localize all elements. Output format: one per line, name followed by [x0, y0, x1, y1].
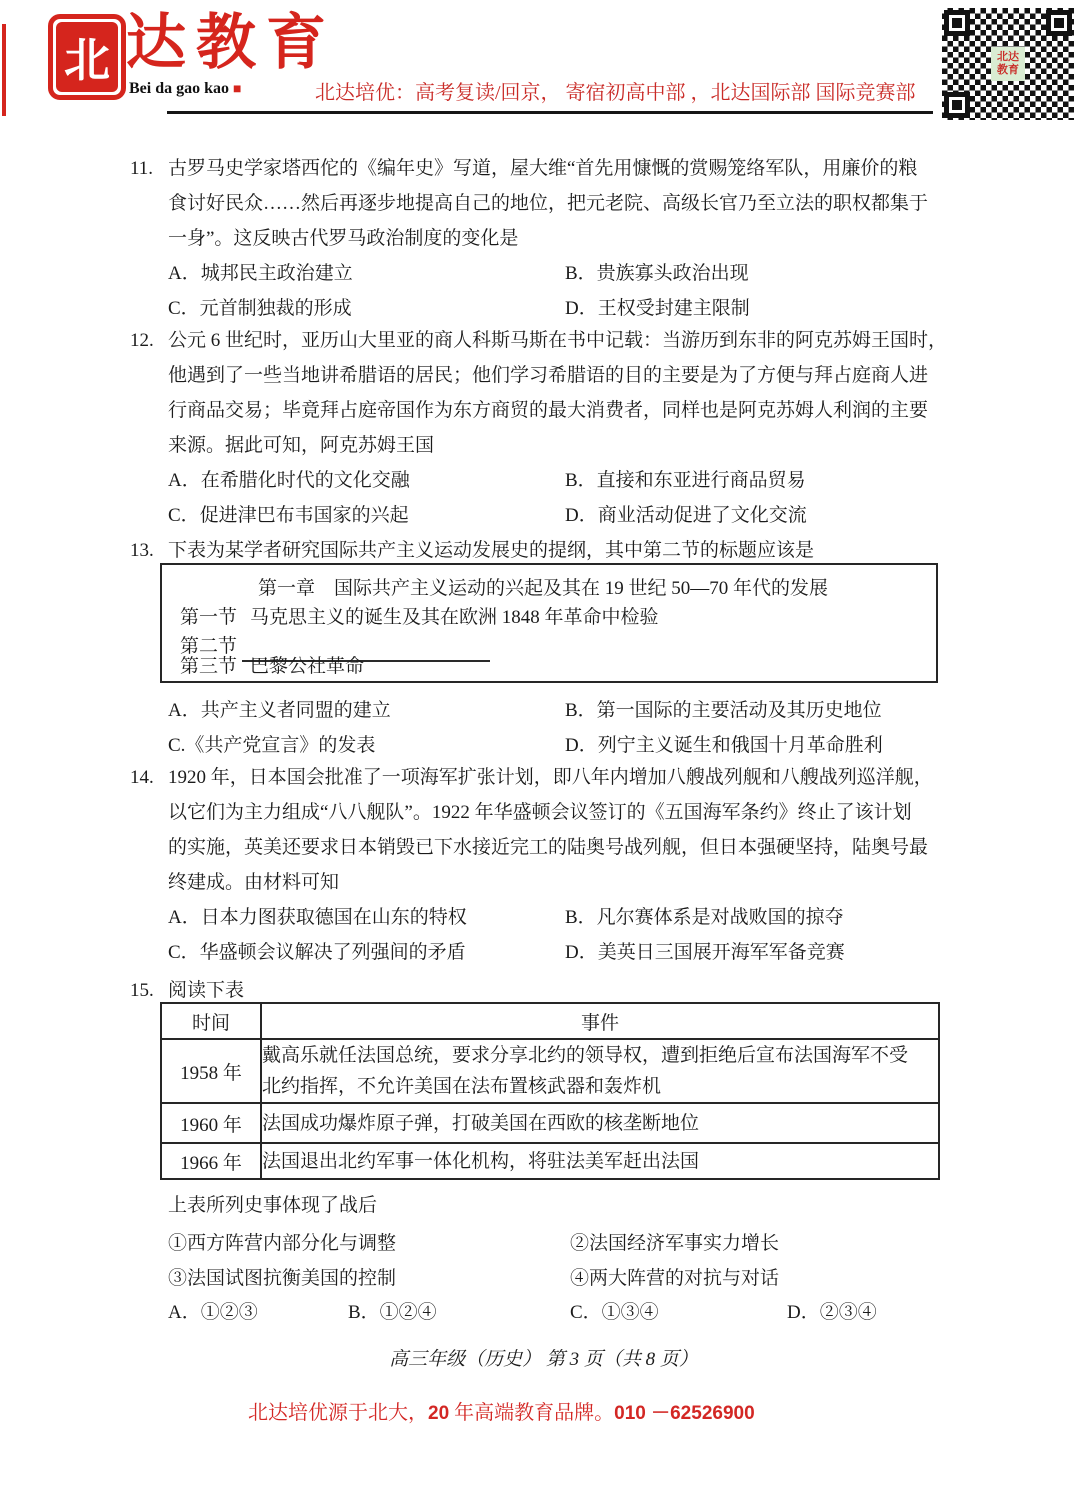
seal-character: 北 [56, 22, 118, 92]
brand-seal: 北 [48, 14, 126, 100]
slogan-text-pre: 北达培优源于北大， [248, 1402, 428, 1424]
q12-stem-line-2: 他遇到了一些当地讲希腊语的居民；他们学习希腊语的目的主要是为了方便与拜占庭商人进 [0, 358, 1087, 393]
q13-box-section3-row: 第三节 巴黎公社革命 [162, 653, 936, 680]
q14-stem-line-2: 以它们为主力组成“八八舰队”。1922 年华盛顿会议签订的《五国海军条约》终止了… [0, 795, 1087, 830]
q11-stem-text-3: 一身”。这反映古代罗马政治制度的变化是 [168, 221, 518, 256]
q13-box-chapter-row: 第一章 国际共产主义运动的兴起及其在 19 世纪 50—70 年代的发展 [162, 575, 936, 602]
q14-stem-line-4: 终建成。由材料可知 [0, 865, 1087, 900]
event-1958-line-1: 戴高乐就任法国总统，要求分享北约的领导权，遭到拒绝后宣布法国海军不受 [262, 1040, 938, 1071]
q14-options-row-1: A．日本力图获取德国在山东的特权 B．凡尔赛体系是对战败国的掠夺 [0, 900, 1087, 935]
q11-stem-line-3: 一身”。这反映古代罗马政治制度的变化是 [0, 221, 1087, 256]
q11-option-a: A．城邦民主政治建立 [168, 256, 353, 291]
q15-option-b: B．①②④ [348, 1295, 437, 1330]
qr-finder-icon [944, 92, 970, 118]
q13-box-section3-label: 第三节 [180, 653, 237, 680]
q14-stem-text-2: 以它们为主力组成“八八舰队”。1922 年华盛顿会议签订的《五国海军条约》终止了… [168, 795, 912, 830]
q13-option-d: D．列宁主义诞生和俄国十月革命胜利 [565, 728, 883, 763]
qr-code: 北达 教育 [942, 8, 1074, 120]
table-row: 1960 年 法国成功爆炸原子弹，打破美国在西欧的核垄断地位 [161, 1103, 939, 1143]
q15-item-2: ②法国经济军事实力增长 [570, 1226, 779, 1261]
q15-option-a: A．①②③ [168, 1295, 258, 1330]
q11-option-c: C．元首制独裁的形成 [168, 291, 352, 326]
qr-label-line2: 教育 [997, 64, 1019, 77]
exam-page: 北 达教育 Bei da gao kao ■ 北达培优：高考复读/回京， 寄宿初… [0, 0, 1087, 1512]
q12-option-a: A．在希腊化时代的文化交融 [168, 463, 410, 498]
header-divider [167, 111, 933, 114]
qr-finder-icon [1046, 10, 1072, 36]
q11-option-d: D．王权受封建主限制 [565, 291, 750, 326]
q11-number: 11. [130, 151, 153, 186]
q15-option-d: D．②③④ [787, 1295, 877, 1330]
q12-number: 12. [130, 323, 154, 358]
brand-logo-pinyin: Bei da gao kao [129, 80, 229, 97]
q15-item-1: ①西方阵营内部分化与调整 [168, 1226, 396, 1261]
q15-item-3: ③法国试图抗衡美国的控制 [168, 1261, 396, 1296]
q15-item-4: ④两大阵营的对抗与对话 [570, 1261, 779, 1296]
footer-slogan: 北达培优源于北大，20 年高端教育品牌。010 －62526900 [248, 1398, 755, 1428]
q12-stem-text-4: 来源。据此可知，阿克苏姆王国 [168, 428, 434, 463]
table-row: 1958 年 戴高乐就任法国总统，要求分享北约的领导权，遭到拒绝后宣布法国海军不… [161, 1039, 939, 1103]
qr-center-label: 北达 教育 [991, 47, 1025, 81]
table-cell-time-1966: 1966 年 [161, 1143, 261, 1179]
table-header-event: 事件 [261, 1003, 939, 1039]
q15-items-row-2: ③法国试图抗衡美国的控制 ④两大阵营的对抗与对话 [0, 1261, 1087, 1296]
q14-stem-line-1: 14. 1920 年，日本国会批准了一项海军扩张计划，即八年内增加八艘战列舰和八… [0, 760, 1087, 795]
brand-logo-subtitle: Bei da gao kao ■ [129, 80, 241, 98]
page-footer-info: 高三年级（历史） 第 3 页（共 8 页） [0, 1345, 1087, 1375]
q11-option-b: B．贵族寡头政治出现 [565, 256, 749, 291]
q15-after-table-text: 上表所列史事体现了战后 [0, 1188, 1087, 1223]
q14-option-c: C．华盛顿会议解决了列强间的矛盾 [168, 935, 466, 970]
q13-options-row-2: C.《共产党宣言》的发表 D．列宁主义诞生和俄国十月革命胜利 [0, 728, 1087, 763]
table-cell-event-1958: 戴高乐就任法国总统，要求分享北约的领导权，遭到拒绝后宣布法国海军不受 北约指挥，… [261, 1039, 939, 1103]
table-cell-time-1958: 1958 年 [161, 1039, 261, 1103]
q12-option-b: B．直接和东亚进行商品贸易 [565, 463, 806, 498]
q13-option-a: A．共产主义者同盟的建立 [168, 693, 391, 728]
q15-events-table: 时间 事件 1958 年 戴高乐就任法国总统，要求分享北约的领导权，遭到拒绝后宣… [160, 1002, 940, 1180]
q12-stem-text-1: 公元 6 世纪时，亚历山大里亚的商人科斯马斯在书中记载：当游历到东非的阿克苏姆王… [168, 323, 947, 358]
q12-option-d: D．商业活动促进了文化交流 [565, 498, 807, 533]
slogan-years-number: 20 [428, 1403, 449, 1424]
left-edge-red-mark [2, 24, 6, 116]
q14-number: 14. [130, 760, 154, 795]
q11-stem-text-2: 食讨好民众……然后再逐步地提高自己的地位，把元老院、高级长官乃至立法的职权都集于 [168, 186, 928, 221]
brand-logo-text: 达教育 [126, 4, 336, 82]
q13-outline-box: 第一章 国际共产主义运动的兴起及其在 19 世纪 50—70 年代的发展 第一节… [160, 563, 938, 683]
q13-box-section1-label: 第一节 [180, 604, 237, 631]
q14-option-a: A．日本力图获取德国在山东的特权 [168, 900, 467, 935]
q12-options-row-2: C．促进津巴布韦国家的兴起 D．商业活动促进了文化交流 [0, 498, 1087, 533]
q13-box-section3-text: 巴黎公社革命 [250, 653, 364, 680]
q13-options-row-1: A．共产主义者同盟的建立 B．第一国际的主要活动及其历史地位 [0, 693, 1087, 728]
q12-option-c: C．促进津巴布韦国家的兴起 [168, 498, 409, 533]
q12-stem-line-3: 行商品交易；毕竟拜占庭帝国作为东方商贸的最大消费者，同样也是阿克苏姆人利润的主要 [0, 393, 1087, 428]
q14-stem-line-3: 的实施，英美还要求日本销毁已下水接近完工的陆奥号战列舰，但日本强硬坚持，陆奥号最 [0, 830, 1087, 865]
table-cell-event-1960: 法国成功爆炸原子弹，打破美国在西欧的核垄断地位 [261, 1103, 939, 1143]
q13-box-section1-text: 马克思主义的诞生及其在欧洲 1848 年革命中检验 [250, 604, 659, 631]
slogan-text-mid: 年高端教育品牌。 [449, 1402, 614, 1424]
q14-option-d: D．美英日三国展开海军军备竞赛 [565, 935, 845, 970]
slogan-phone-number: 010 －62526900 [614, 1403, 755, 1424]
red-square-icon: ■ [233, 82, 241, 97]
q13-option-b: B．第一国际的主要活动及其历史地位 [565, 693, 882, 728]
q12-stem-text-3: 行商品交易；毕竟拜占庭帝国作为东方商贸的最大消费者，同样也是阿克苏姆人利润的主要 [168, 393, 928, 428]
qr-finder-icon [944, 10, 970, 36]
header-tagline: 北达培优：高考复读/回京， 寄宿初高中部 ，北达国际部 国际竞赛部 [315, 76, 916, 105]
q15-items-row-1: ①西方阵营内部分化与调整 ②法国经济军事实力增长 [0, 1226, 1087, 1261]
q14-stem-text-3: 的实施，英美还要求日本销毁已下水接近完工的陆奥号战列舰，但日本强硬坚持，陆奥号最 [168, 830, 928, 865]
q11-stem-text-1: 古罗马史学家塔西佗的《编年史》写道，屋大维“首先用慷慨的赏赐笼络军队，用廉价的粮 [168, 151, 917, 186]
table-row: 1966 年 法国退出北约军事一体化机构，将驻法美军赶出法国 [161, 1143, 939, 1179]
event-1958-line-2: 北约指挥，不允许美国在法布置核武器和轰炸机 [262, 1071, 938, 1102]
table-cell-event-1966: 法国退出北约军事一体化机构，将驻法美军赶出法国 [261, 1143, 939, 1179]
q11-options-row-2: C．元首制独裁的形成 D．王权受封建主限制 [0, 291, 1087, 326]
q12-stem-text-2: 他遇到了一些当地讲希腊语的居民；他们学习希腊语的目的主要是为了方便与拜占庭商人进 [168, 358, 928, 393]
q13-box-chapter: 第一章 国际共产主义运动的兴起及其在 19 世纪 50—70 年代的发展 [258, 575, 828, 602]
q13-number: 13. [130, 533, 154, 568]
q15-after-text: 上表所列史事体现了战后 [168, 1188, 377, 1223]
q11-stem-line-2: 食讨好民众……然后再逐步地提高自己的地位，把元老院、高级长官乃至立法的职权都集于 [0, 186, 1087, 221]
q14-options-row-2: C．华盛顿会议解决了列强间的矛盾 D．美英日三国展开海军军备竞赛 [0, 935, 1087, 970]
q15-number: 15. [130, 973, 154, 1008]
q14-stem-text-4: 终建成。由材料可知 [168, 865, 339, 900]
q12-stem-line-4: 来源。据此可知，阿克苏姆王国 [0, 428, 1087, 463]
table-header-row: 时间 事件 [161, 1003, 939, 1039]
q11-options-row-1: A．城邦民主政治建立 B．贵族寡头政治出现 [0, 256, 1087, 291]
q15-options-row: A．①②③ B．①②④ C．①③④ D．②③④ [0, 1295, 1087, 1330]
q13-box-section1-row: 第一节 马克思主义的诞生及其在欧洲 1848 年革命中检验 [162, 604, 936, 631]
q14-option-b: B．凡尔赛体系是对战败国的掠夺 [565, 900, 844, 935]
q12-stem-line-1: 12. 公元 6 世纪时，亚历山大里亚的商人科斯马斯在书中记载：当游历到东非的阿… [0, 323, 1087, 358]
q12-options-row-1: A．在希腊化时代的文化交融 B．直接和东亚进行商品贸易 [0, 463, 1087, 498]
q14-stem-text-1: 1920 年，日本国会批准了一项海军扩张计划，即八年内增加八艘战列舰和八艘战列巡… [168, 760, 933, 795]
q11-stem-line-1: 11. 古罗马史学家塔西佗的《编年史》写道，屋大维“首先用慷慨的赏赐笼络军队，用… [0, 151, 1087, 186]
q13-option-c: C.《共产党宣言》的发表 [168, 728, 375, 763]
qr-label-line1: 北达 [997, 51, 1019, 64]
q15-option-c: C．①③④ [570, 1295, 659, 1330]
q15-events-table-wrap: 时间 事件 1958 年 戴高乐就任法国总统，要求分享北约的领导权，遭到拒绝后宣… [160, 1002, 940, 1180]
table-header-time: 时间 [161, 1003, 261, 1039]
table-cell-time-1960: 1960 年 [161, 1103, 261, 1143]
